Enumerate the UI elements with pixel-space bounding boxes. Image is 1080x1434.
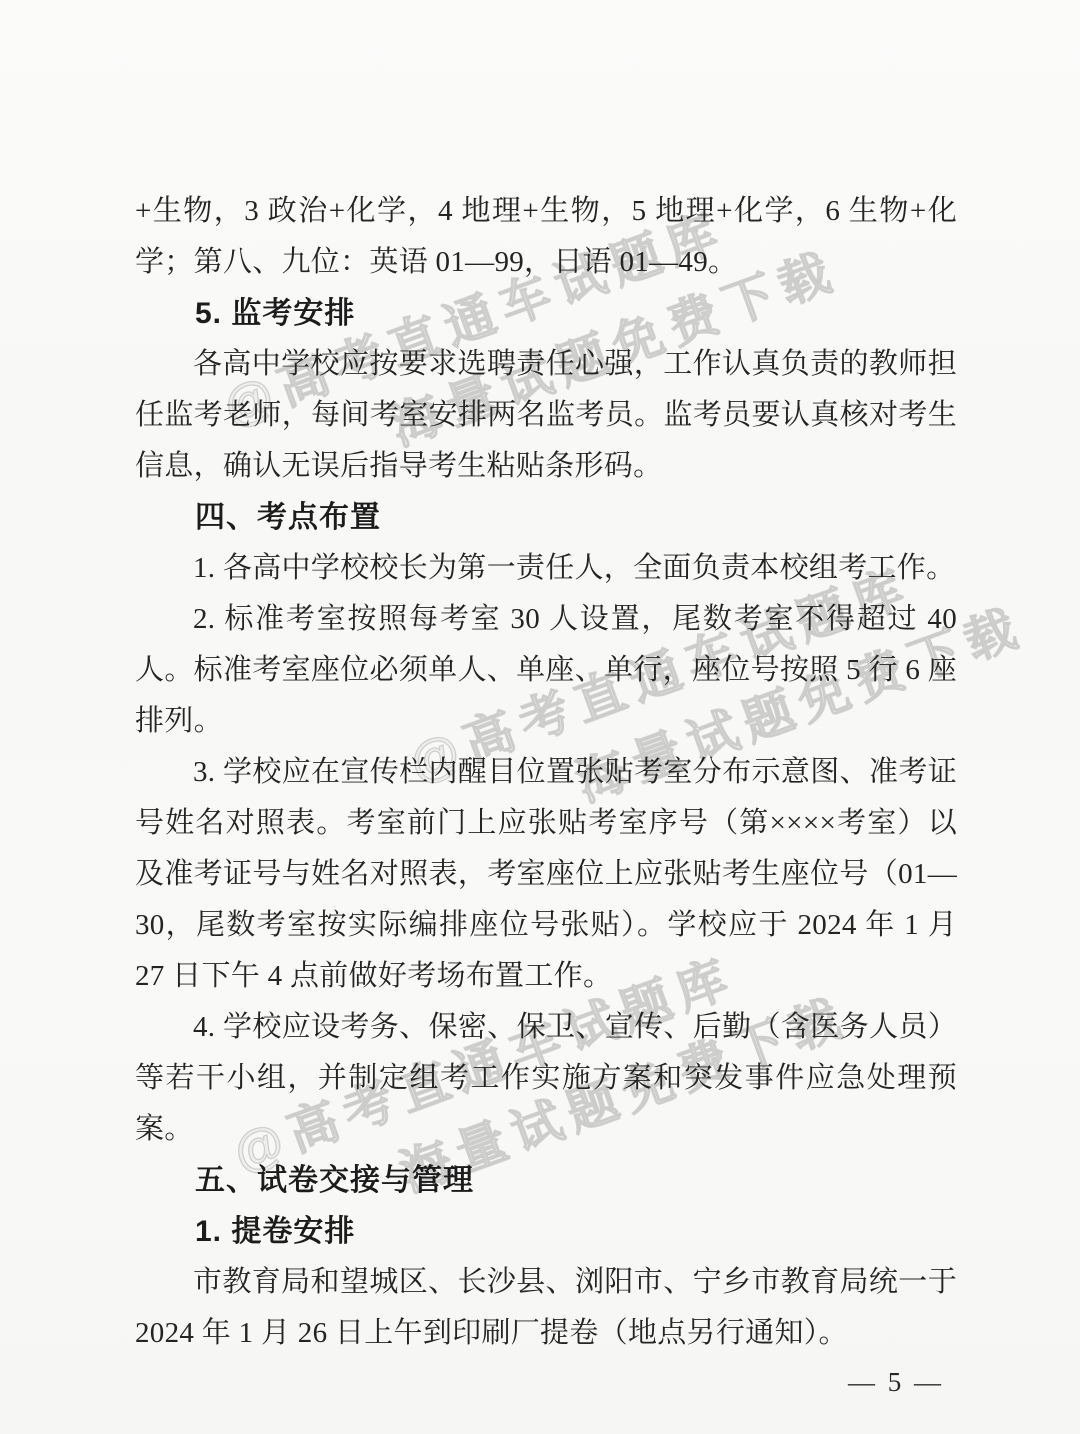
- para-item-1-principal-responsibility: 1. 各高中学校校长为第一责任人，全面负责本校组考工作。: [135, 543, 957, 594]
- heading-paper-pickup-arrangement: 1. 提卷安排: [135, 1206, 957, 1257]
- para-item-3-room-signage: 3. 学校应在宣传栏内醒目位置张贴考室分布示意图、准考证号姓名对照表。考室前门上…: [135, 747, 957, 1002]
- para-paper-pickup-detail: 市教育局和望城区、长沙县、浏阳市、宁乡市教育局统一于 2024 年 1 月 26…: [135, 1257, 957, 1359]
- heading-invigilation-arrangement: 5. 监考安排: [135, 288, 957, 339]
- document-page: @高考直通车试题库 海量试题免费下载 @高考直通车试题库 海量试题免费下载 @高…: [0, 0, 1080, 1434]
- para-item-4-working-groups: 4. 学校应设考务、保密、保卫、宣传、后勤（含医务人员）等若干小组，并制定组考工…: [135, 1002, 957, 1155]
- heading-section-4-exam-site-layout: 四、考点布置: [135, 492, 957, 543]
- heading-section-5-paper-handover: 五、试卷交接与管理: [135, 1155, 957, 1206]
- para-subject-codes: +生物，3 政治+化学，4 地理+生物，5 地理+化学，6 生物+化学；第八、九…: [135, 186, 957, 288]
- page-number: — 5 —: [848, 1367, 944, 1398]
- para-item-2-standard-room-seating: 2. 标准考室按照每考室 30 人设置，尾数考室不得超过 40 人。标准考室座位…: [135, 594, 957, 747]
- document-content: +生物，3 政治+化学，4 地理+生物，5 地理+化学，6 生物+化学；第八、九…: [135, 186, 957, 1359]
- para-invigilation-detail: 各高中学校应按要求选聘责任心强，工作认真负责的教师担任监考老师，每间考室安排两名…: [135, 339, 957, 492]
